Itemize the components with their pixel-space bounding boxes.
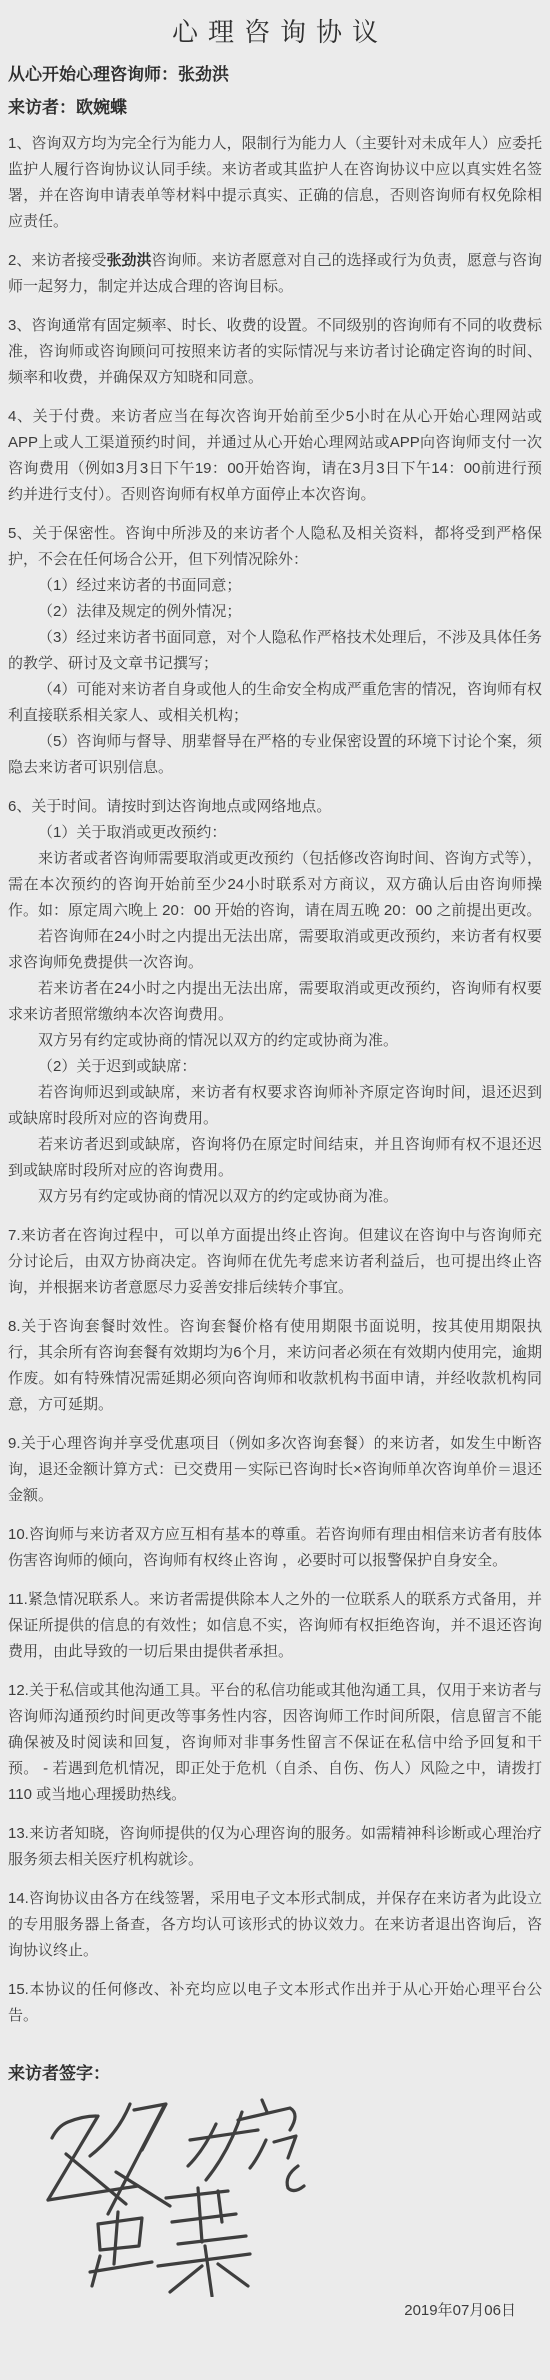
paragraph: 12.关于私信或其他沟通工具。平台的私信功能或其他沟通工具，仅用于来访者与咨询师…: [8, 1678, 542, 1808]
paragraph: 若来访者迟到或缺席，咨询将仍在原定时间结束，并且咨询师有权不退还迟到或缺席时段所…: [8, 1132, 542, 1184]
paragraph: 11.紧急情况联系人。来访者需提供除本人之外的一位联系人的联系方式备用，并保证所…: [8, 1587, 542, 1665]
paragraph: 来访者或者咨询师需要取消或更改预约（包括修改咨询时间、咨询方式等），需在本次预约…: [8, 846, 542, 924]
paragraph: 4、关于付费。来访者应当在每次咨询开始前至少5小时在从心开始心理网站或APP上或…: [8, 404, 542, 508]
counselor-name: 张劲洪: [178, 65, 229, 84]
paragraph: （4）可能对来访者自身或他人的生命安全构成严重危害的情况，咨询师有权利直接联系相…: [8, 677, 542, 729]
paragraph: 若咨询师迟到或缺席，来访者有权要求咨询师补齐原定咨询时间，退还迟到或缺席时段所对…: [8, 1080, 542, 1132]
paragraph: 9.关于心理咨询并享受优惠项目（例如多次咨询套餐）的来访者，如发生中断咨询，退还…: [8, 1431, 542, 1509]
paragraph: （2）关于迟到或缺席：: [8, 1054, 542, 1080]
paragraph: 7.来访者在咨询过程中，可以单方面提出终止咨询。但建议在咨询中与咨询师充分讨论后…: [8, 1223, 542, 1301]
agreement-date: 2019年07月06日: [8, 2299, 542, 2320]
paragraph: 6、关于时间。请按时到达咨询地点或网络地点。: [8, 794, 542, 820]
visitor-line: 来访者：欧婉蝶: [8, 98, 542, 118]
paragraph: （1）关于取消或更改预约：: [8, 820, 542, 846]
paragraph: 14.咨询协议由各方在线签署，采用电子文本形式制成，并保存在来访者为此设立的专用…: [8, 1886, 542, 1964]
paragraph: 5、关于保密性。咨询中所涉及的来访者个人隐私及相关资料，都将受到严格保护，不会在…: [8, 521, 542, 573]
paragraph: 若咨询师在24小时之内提出无法出席，需要取消或更改预约，来访者有权要求咨询师免费…: [8, 924, 542, 976]
page-title: 心理咨询协议: [8, 12, 542, 49]
signature-drawing: [38, 2092, 308, 2297]
agreement-body: 1、咨询双方均为完全行为能力人，限制行为能力人（主要针对未成年人）应委托监护人履…: [8, 131, 542, 2029]
counselor-label: 从心开始心理咨询师：: [8, 65, 178, 84]
paragraph: 若来访者在24小时之内提出无法出席，需要取消或更改预约，咨询师有权要求来访者照常…: [8, 976, 542, 1028]
agreement-page: 心理咨询协议 从心开始心理咨询师：张劲洪 来访者：欧婉蝶 1、咨询双方均为完全行…: [0, 0, 550, 2380]
paragraph: 13.来访者知晓，咨询师提供的仅为心理咨询的服务。如需精神科诊断或心理治疗服务须…: [8, 1821, 542, 1873]
paragraph: 双方另有约定或协商的情况以双方的约定或协商为准。: [8, 1028, 542, 1054]
paragraph: 双方另有约定或协商的情况以双方的约定或协商为准。: [8, 1184, 542, 1210]
paragraph: 10.咨询师与来访者双方应互相有基本的尊重。若咨询师有理由相信来访者有肢体伤害咨…: [8, 1522, 542, 1574]
paragraph: 2、来访者接受张劲洪咨询师。来访者愿意对自己的选择或行为负责，愿意与咨询师一起努…: [8, 248, 542, 300]
paragraph: 3、咨询通常有固定频率、时长、收费的设置。不同级别的咨询师有不同的收费标准，咨询…: [8, 313, 542, 391]
paragraph: （2）法律及规定的例外情况；: [8, 599, 542, 625]
paragraph: 15.本协议的任何修改、补充均应以电子文本形式作出并于从心开始心理平台公告。: [8, 1977, 542, 2029]
paragraph: （1）经过来访者的书面同意；: [8, 573, 542, 599]
paragraph: （3）经过来访者书面同意，对个人隐私作严格技术处理后，不涉及具体任务的教学、研讨…: [8, 625, 542, 677]
paragraph: （5）咨询师与督导、朋辈督导在严格的专业保密设置的环境下讨论个案，须隐去来访者可…: [8, 729, 542, 781]
signature-label: 来访者签字：: [8, 2059, 542, 2084]
paragraph: 8.关于咨询套餐时效性。咨询套餐价格有使用期限书面说明，按其使用期限执行，其余所…: [8, 1314, 542, 1418]
paragraph: 1、咨询双方均为完全行为能力人，限制行为能力人（主要针对未成年人）应委托监护人履…: [8, 131, 542, 235]
counselor-line: 从心开始心理咨询师：张劲洪: [8, 65, 542, 85]
visitor-name: 欧婉蝶: [76, 98, 127, 117]
visitor-label: 来访者：: [8, 98, 76, 117]
